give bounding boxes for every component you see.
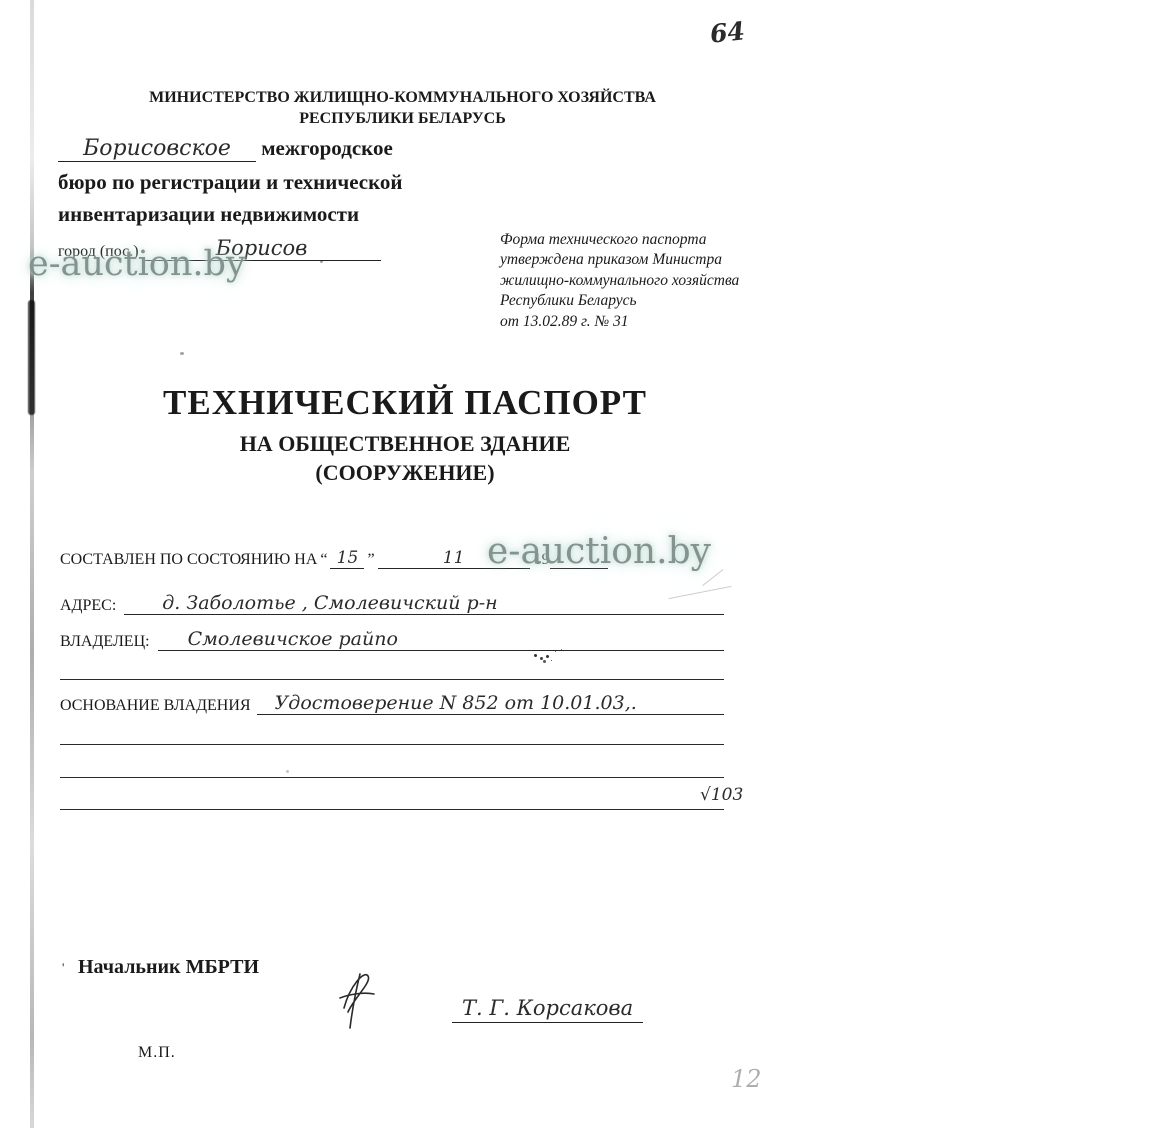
compiled-label: СОСТАВЛЕН ПО СОСТОЯНИЮ НА [60, 551, 317, 569]
close-quote: ” [364, 551, 377, 569]
form-note-line: утверждена приказом Министра [500, 250, 780, 270]
scan-speck [286, 770, 289, 773]
address-value-handwritten: д. Заболотье , Смолевичский р-н [124, 592, 497, 614]
compiled-month-handwritten: 11 [443, 548, 465, 568]
ink-specks [534, 654, 537, 657]
ministry-line1: МИНИСТЕРСТВО ЖИЛИЩНО-КОММУНАЛЬНОГО ХОЗЯЙ… [95, 88, 710, 109]
technical-passport-page: 64 МИНИСТЕРСТВО ЖИЛИЩНО-КОММУНАЛЬНОГО ХО… [0, 0, 1152, 1128]
open-quote: “ [317, 551, 330, 569]
form-note-line: жилищно-коммунального хозяйства [500, 271, 780, 291]
margin-note-103: √103 [700, 785, 743, 805]
compiled-day-field: 15 [330, 548, 364, 569]
title-line1: ТЕХНИЧЕСКИЙ ПАСПОРТ [95, 383, 715, 423]
blank-rule [60, 809, 724, 810]
document-title: ТЕХНИЧЕСКИЙ ПАСПОРТ НА ОБЩЕСТВЕННОЕ ЗДАН… [95, 383, 715, 486]
form-approval-note: Форма технического паспорта утверждена п… [500, 230, 780, 332]
page-number-top: 64 [709, 16, 747, 48]
signature-flourish-icon [330, 968, 384, 1030]
chief-position-label: Начальник МБРТИ [78, 956, 259, 979]
stamp-placeholder-label: М.П. [138, 1044, 176, 1062]
basis-value-handwritten: Удостоверение N 852 от 10.01.03,. [257, 692, 637, 714]
ministry-header: МИНИСТЕРСТВО ЖИЛИЩНО-КОММУНАЛЬНОГО ХОЗЯЙ… [95, 88, 710, 130]
ownership-basis-row: ОСНОВАНИЕ ВЛАДЕНИЯ Удостоверение N 852 о… [60, 692, 724, 715]
basis-label: ОСНОВАНИЕ ВЛАДЕНИЯ [60, 697, 251, 715]
form-note-line: Форма технического паспорта [500, 230, 780, 250]
bureau-block: Борисовское межгородское бюро по регистр… [58, 136, 478, 261]
bureau-line2: бюро по регистрации и технической [58, 170, 478, 195]
scan-binding-blob [28, 300, 35, 415]
owner-value-handwritten: Смолевичское райпо [158, 628, 398, 650]
tick-mark: ' [62, 960, 64, 976]
signature-name: Т. Г. Корсакова [452, 996, 643, 1023]
blank-rule [60, 744, 724, 745]
address-label: АДРЕС: [60, 597, 116, 615]
watermark-top: e-auction.by [28, 244, 246, 284]
address-row: АДРЕС: д. Заболотье , Смолевичский р-н [60, 592, 724, 615]
form-note-line: от 13.02.89 г. № 31 [500, 312, 780, 332]
page-number-bottom: 12 [731, 1065, 762, 1093]
signature-name-handwritten: Т. Г. Корсакова [462, 996, 633, 1020]
title-line2: НА ОБЩЕСТВЕННОЕ ЗДАНИЕ [95, 431, 715, 457]
title-line3: (СООРУЖЕНИЕ) [95, 460, 715, 486]
basis-field: Удостоверение N 852 от 10.01.03,. [257, 692, 724, 715]
bureau-name-field: Борисовское [58, 136, 256, 162]
form-note-line: Республики Беларусь [500, 291, 780, 311]
owner-field: Смолевичское райпо [158, 628, 724, 651]
blank-rule [60, 777, 724, 778]
watermark-middle: e-auction.by [487, 531, 711, 572]
bureau-name-row: Борисовское межгородское [58, 136, 478, 162]
bureau-line3: инвентаризации недвижимости [58, 202, 478, 227]
scan-speck [180, 352, 184, 355]
bureau-name-suffix: межгородское [261, 136, 393, 160]
owner-label: ВЛАДЕЛЕЦ: [60, 633, 150, 651]
scan-binding-edge [30, 0, 34, 1128]
bureau-name-handwritten: Борисовское [83, 136, 231, 161]
compiled-day-handwritten: 15 [337, 548, 359, 568]
blank-rule [60, 679, 724, 680]
owner-row: ВЛАДЕЛЕЦ: Смолевичское райпо [60, 628, 724, 651]
address-field: д. Заболотье , Смолевичский р-н [124, 592, 724, 615]
ministry-line2: РЕСПУБЛИКИ БЕЛАРУСЬ [95, 109, 710, 130]
